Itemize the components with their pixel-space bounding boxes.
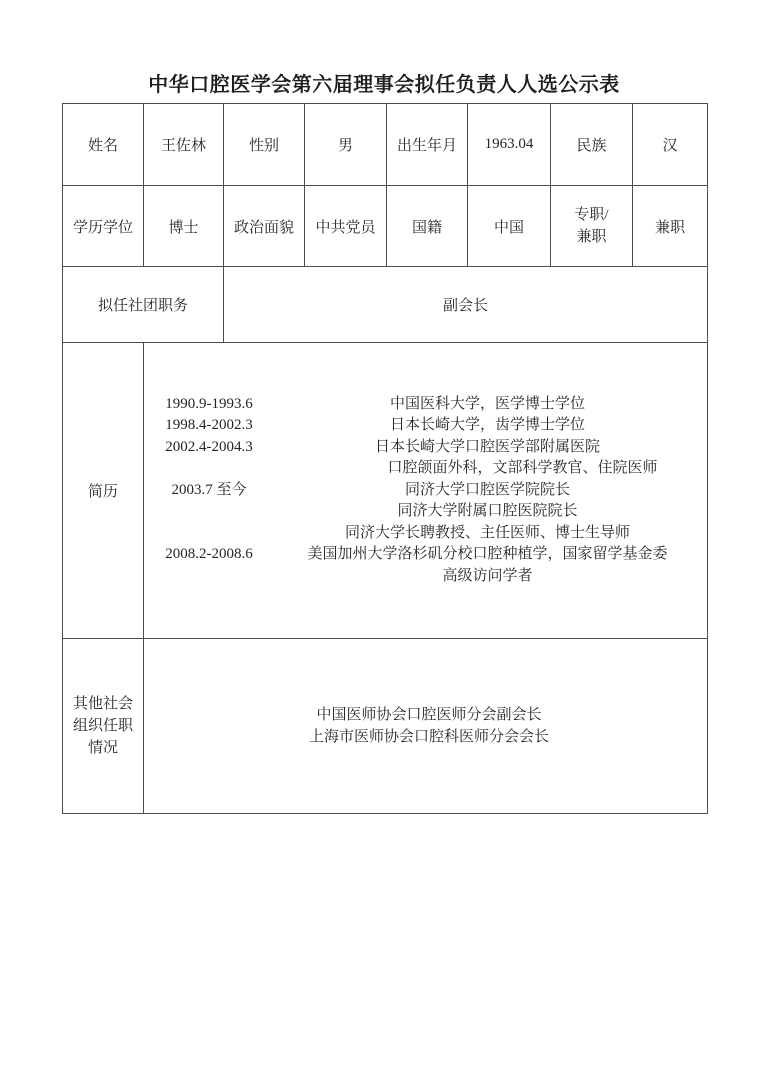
name-label: 姓名 [63, 104, 144, 186]
resume-desc: 同济大学附属口腔医院院长 [268, 501, 707, 523]
resume-content: 1990.9-1993.6 中国医科大学，医学博士学位 1998.4-2002.… [144, 343, 708, 639]
resume-entry-line: 同济大学附属口腔医院院长 [144, 501, 707, 523]
political-label: 政治面貌 [224, 186, 305, 267]
employment-label-line-2: 兼职 [551, 226, 632, 248]
other-positions-content: 中国医师协会口腔医师分会副会长 上海市医师协会口腔科医师分会会长 [144, 639, 708, 814]
resume-entry-line: 1990.9-1993.6 中国医科大学，医学博士学位 [144, 394, 707, 416]
page-title: 中华口腔医学会第六届理事会拟任负责人人选公示表 [0, 68, 768, 97]
resume-entry-line: 同济大学长聘教授、主任医师、博士生导师 [144, 523, 707, 545]
employment-value: 兼职 [633, 186, 708, 267]
employment-label-line-1: 专职/ [551, 204, 632, 226]
resume-desc: 口腔颌面外科，文部科学教官、住院医师 [268, 458, 707, 480]
resume-date [144, 458, 268, 480]
resume-date: 2008.2-2008.6 [144, 544, 268, 566]
table-row-other-positions: 其他社会 组织任职 情况 中国医师协会口腔医师分会副会长 上海市医师协会口腔科医… [63, 639, 708, 814]
resume-entry-line: 2002.4-2004.3 日本长崎大学口腔医学部附属医院 [144, 437, 707, 459]
nationality-value: 中国 [468, 186, 551, 267]
resume-entry-line: 2008.2-2008.6 美国加州大学洛杉矶分校口腔种植学，国家留学基金委 [144, 544, 707, 566]
gender-value: 男 [305, 104, 387, 186]
name-value: 王佐林 [144, 104, 224, 186]
political-value: 中共党员 [305, 186, 387, 267]
resume-desc: 同济大学口腔医学院院长 [268, 480, 707, 502]
other-position-item: 上海市医师协会口腔科医师分会会长 [144, 726, 707, 748]
other-position-item: 中国医师协会口腔医师分会副会长 [144, 704, 707, 726]
candidate-info-table: 姓名 王佐林 性别 男 出生年月 1963.04 民族 汉 学历学位 博士 政治… [62, 103, 708, 814]
other-label-line-2: 组织任职 [63, 715, 143, 737]
ethnicity-value: 汉 [633, 104, 708, 186]
resume-date [144, 566, 268, 588]
resume-desc: 高级访问学者 [268, 566, 707, 588]
document-page: 中华口腔医学会第六届理事会拟任负责人人选公示表 姓名 王佐林 性别 男 出生年月… [0, 0, 768, 1085]
other-label-line-3: 情况 [63, 737, 143, 759]
resume-desc: 美国加州大学洛杉矶分校口腔种植学，国家留学基金委 [268, 544, 707, 566]
resume-date [144, 501, 268, 523]
birth-value: 1963.04 [468, 104, 551, 186]
gender-label: 性别 [224, 104, 305, 186]
resume-date: 2003.7 至今 [144, 480, 268, 502]
resume-date [144, 523, 268, 545]
resume-label: 简历 [63, 343, 144, 639]
resume-desc: 日本长崎大学口腔医学部附属医院 [268, 437, 707, 459]
resume-entry-line: 1998.4-2002.3 日本长崎大学，齿学博士学位 [144, 415, 707, 437]
table-row-basic-2: 学历学位 博士 政治面貌 中共党员 国籍 中国 专职/ 兼职 兼职 [63, 186, 708, 267]
other-positions-label: 其他社会 组织任职 情况 [63, 639, 144, 814]
table-row-position: 拟任社团职务 副会长 [63, 267, 708, 343]
birth-label: 出生年月 [387, 104, 468, 186]
resume-entry-line: 高级访问学者 [144, 566, 707, 588]
other-label-line-1: 其他社会 [63, 693, 143, 715]
table-row-resume: 简历 1990.9-1993.6 中国医科大学，医学博士学位 1998.4-20… [63, 343, 708, 639]
table-row-basic-1: 姓名 王佐林 性别 男 出生年月 1963.04 民族 汉 [63, 104, 708, 186]
resume-desc: 中国医科大学，医学博士学位 [268, 394, 707, 416]
resume-date: 1998.4-2002.3 [144, 415, 268, 437]
resume-desc: 同济大学长聘教授、主任医师、博士生导师 [268, 523, 707, 545]
position-label: 拟任社团职务 [63, 267, 224, 343]
resume-date: 1990.9-1993.6 [144, 394, 268, 416]
education-label: 学历学位 [63, 186, 144, 267]
employment-label: 专职/ 兼职 [551, 186, 633, 267]
resume-entry-line: 2003.7 至今 同济大学口腔医学院院长 [144, 480, 707, 502]
position-value: 副会长 [224, 267, 708, 343]
resume-desc: 日本长崎大学，齿学博士学位 [268, 415, 707, 437]
education-value: 博士 [144, 186, 224, 267]
nationality-label: 国籍 [387, 186, 468, 267]
resume-date: 2002.4-2004.3 [144, 437, 268, 459]
resume-entry-line: 口腔颌面外科，文部科学教官、住院医师 [144, 458, 707, 480]
ethnicity-label: 民族 [551, 104, 633, 186]
